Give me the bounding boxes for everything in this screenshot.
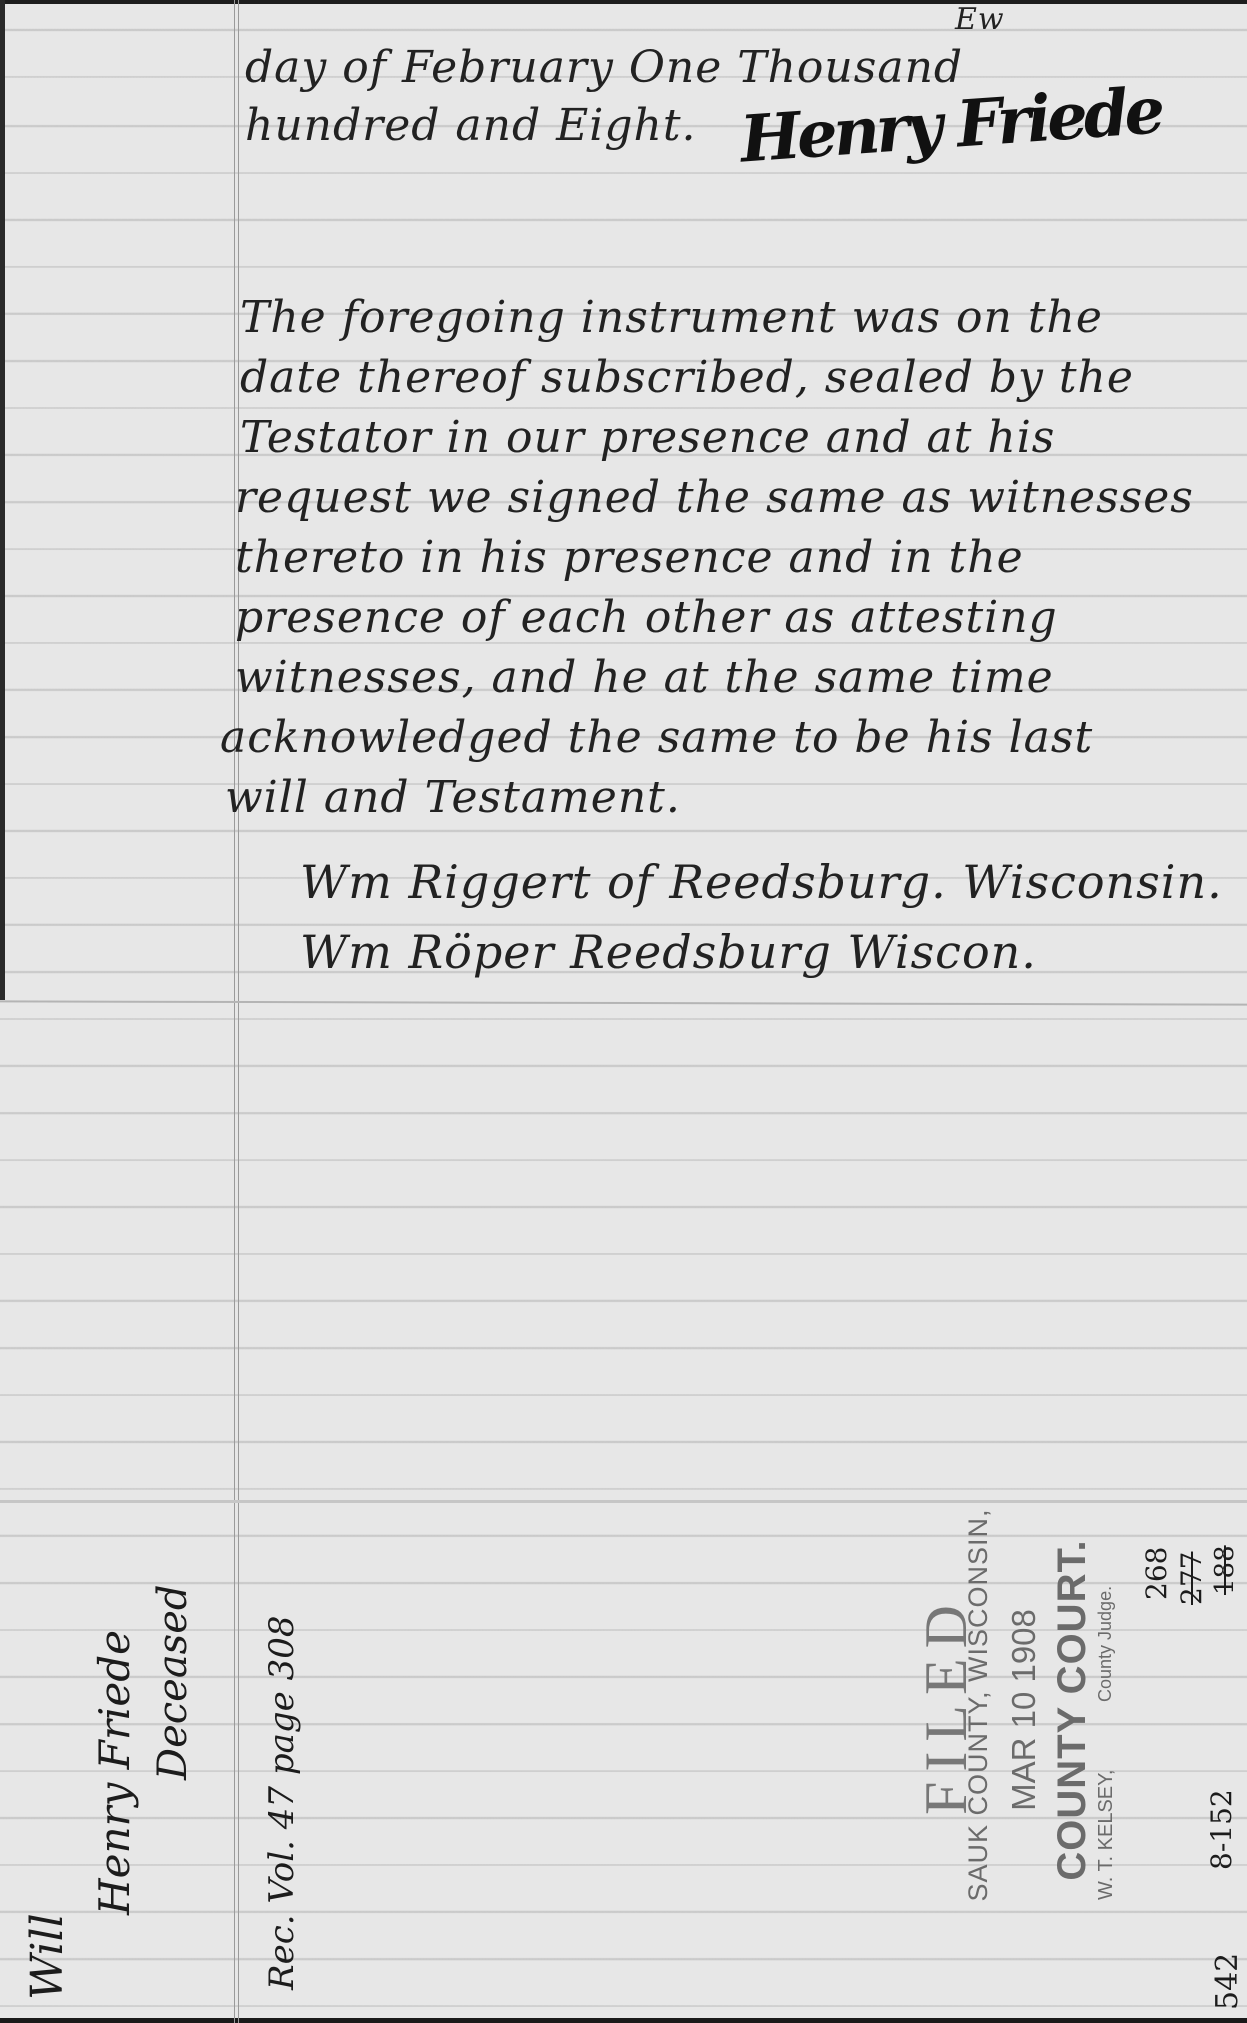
attestation-line: will and Testament. [225,772,681,823]
opening-line-1: day of February One Thousand [245,42,963,93]
witness-signature-2: Wm Röper Reedsburg Wiscon. [300,925,1037,979]
margin-rule [234,0,235,2023]
scan-bottom-edge [0,2018,1247,2023]
stamp-date: MAR 10 1908 [1005,1540,1043,1880]
attestation-line: presence of each other as attesting [235,592,1058,643]
opening-line-2: hundred and Eight. [245,100,697,151]
attestation-line: date thereof subscribed, sealed by the [240,352,1134,403]
fold-crease [0,1000,1247,1005]
margin-rule [238,0,239,2023]
signature-annotation: Ew [955,2,1005,37]
file-number-struck: 277 [1175,1552,1208,1605]
reference-number: 8-152 [1205,1789,1238,1870]
attestation-line: The foregoing instrument was on the [240,292,1103,343]
stamp-court: COUNTY COURT. [1050,1505,1095,1915]
docket-title: Will [22,1913,73,2000]
docket-status: Deceased [150,1585,196,1780]
box-number: 542 [1210,1953,1245,2010]
attestation-line: request we signed the same as witnesses [235,472,1194,523]
stamp-judge-title: County Judge. [1095,1562,1116,1702]
file-number-current: 268 [1140,1547,1173,1600]
docket-name: Henry Friede [90,1630,139,1915]
attestation-line: Testator in our presence and at his [240,412,1055,463]
attestation-line: acknowledged the same to be his last [220,712,1093,763]
record-reference: Rec. Vol. 47 page 308 [262,1616,302,1990]
scan-left-edge [0,0,5,1000]
file-number-struck: 188 [1210,1545,1240,1595]
scan-top-edge [0,0,1247,4]
attestation-line: witnesses, and he at the same time [235,652,1054,703]
document-page: day of February One Thousand hundred and… [0,0,1247,2023]
stamp-judge-name: W. T. KELSEY, [1095,1710,1118,1900]
fold-crease [0,1500,1247,1503]
attestation-line: thereto in his presence and in the [235,532,1024,583]
witness-signature-1: Wm Riggert of Reedsburg. Wisconsin. [300,855,1223,909]
stamp-county: SAUK COUNTY, WISCONSIN, [963,1495,994,1915]
